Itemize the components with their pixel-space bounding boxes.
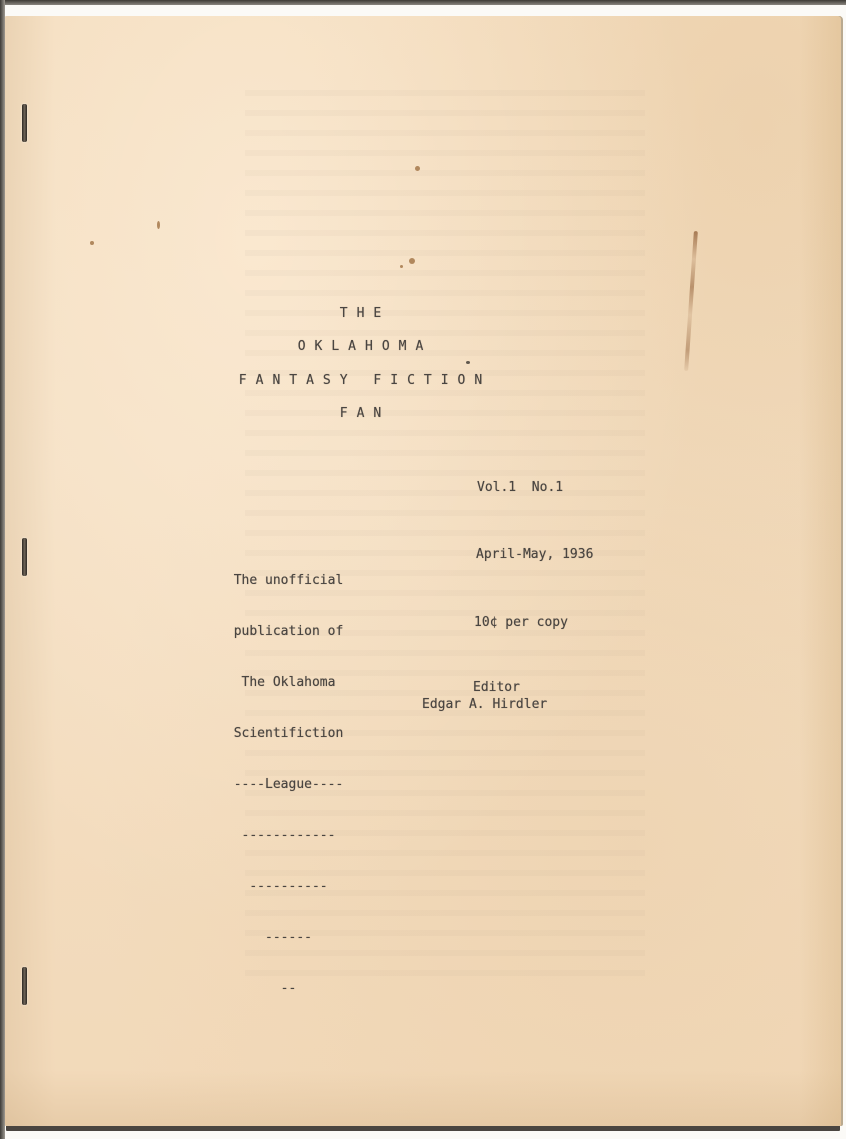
page-aging-shade — [5, 16, 841, 1126]
note-line: The unofficial — [201, 572, 376, 589]
scan-top-edge — [0, 0, 846, 5]
stain-mark — [90, 241, 94, 245]
stain-mark — [466, 361, 470, 364]
stain-mark — [409, 258, 415, 264]
note-divider: ------ — [201, 929, 376, 946]
publication-note: The unofficial publication of The Oklaho… — [201, 538, 376, 1031]
staple-icon — [22, 104, 27, 142]
stain-mark — [400, 265, 403, 268]
issue-number: Vol.1 No.1 — [477, 480, 563, 495]
water-stain — [684, 231, 698, 371]
note-divider: -- — [201, 980, 376, 997]
staple-icon — [22, 538, 27, 576]
note-line: ----League---- — [201, 776, 376, 793]
issue-date: April-May, 1936 — [476, 547, 593, 562]
issue-price: 10¢ per copy — [474, 615, 568, 630]
editor-label: Editor — [473, 680, 520, 695]
cover-page: THE OKLAHOMA FANTASY FICTION FAN Vol.1 N… — [5, 16, 841, 1126]
note-line: publication of — [201, 623, 376, 640]
title-the: THE — [155, 306, 575, 321]
note-line: Scientifiction — [201, 725, 376, 742]
editor-name: Edgar A. Hirdler — [422, 697, 547, 712]
stain-mark — [157, 221, 160, 229]
title-fan: FAN — [155, 406, 575, 421]
note-divider: ---------- — [201, 878, 376, 895]
stain-mark — [415, 166, 420, 171]
scan-frame: THE OKLAHOMA FANTASY FICTION FAN Vol.1 N… — [0, 0, 846, 1139]
title-oklahoma: OKLAHOMA — [155, 339, 575, 354]
staple-icon — [22, 967, 27, 1005]
note-line: The Oklahoma — [201, 674, 376, 691]
title-fantasy-fiction: FANTASY FICTION — [135, 373, 595, 388]
note-divider: ------------ — [201, 827, 376, 844]
